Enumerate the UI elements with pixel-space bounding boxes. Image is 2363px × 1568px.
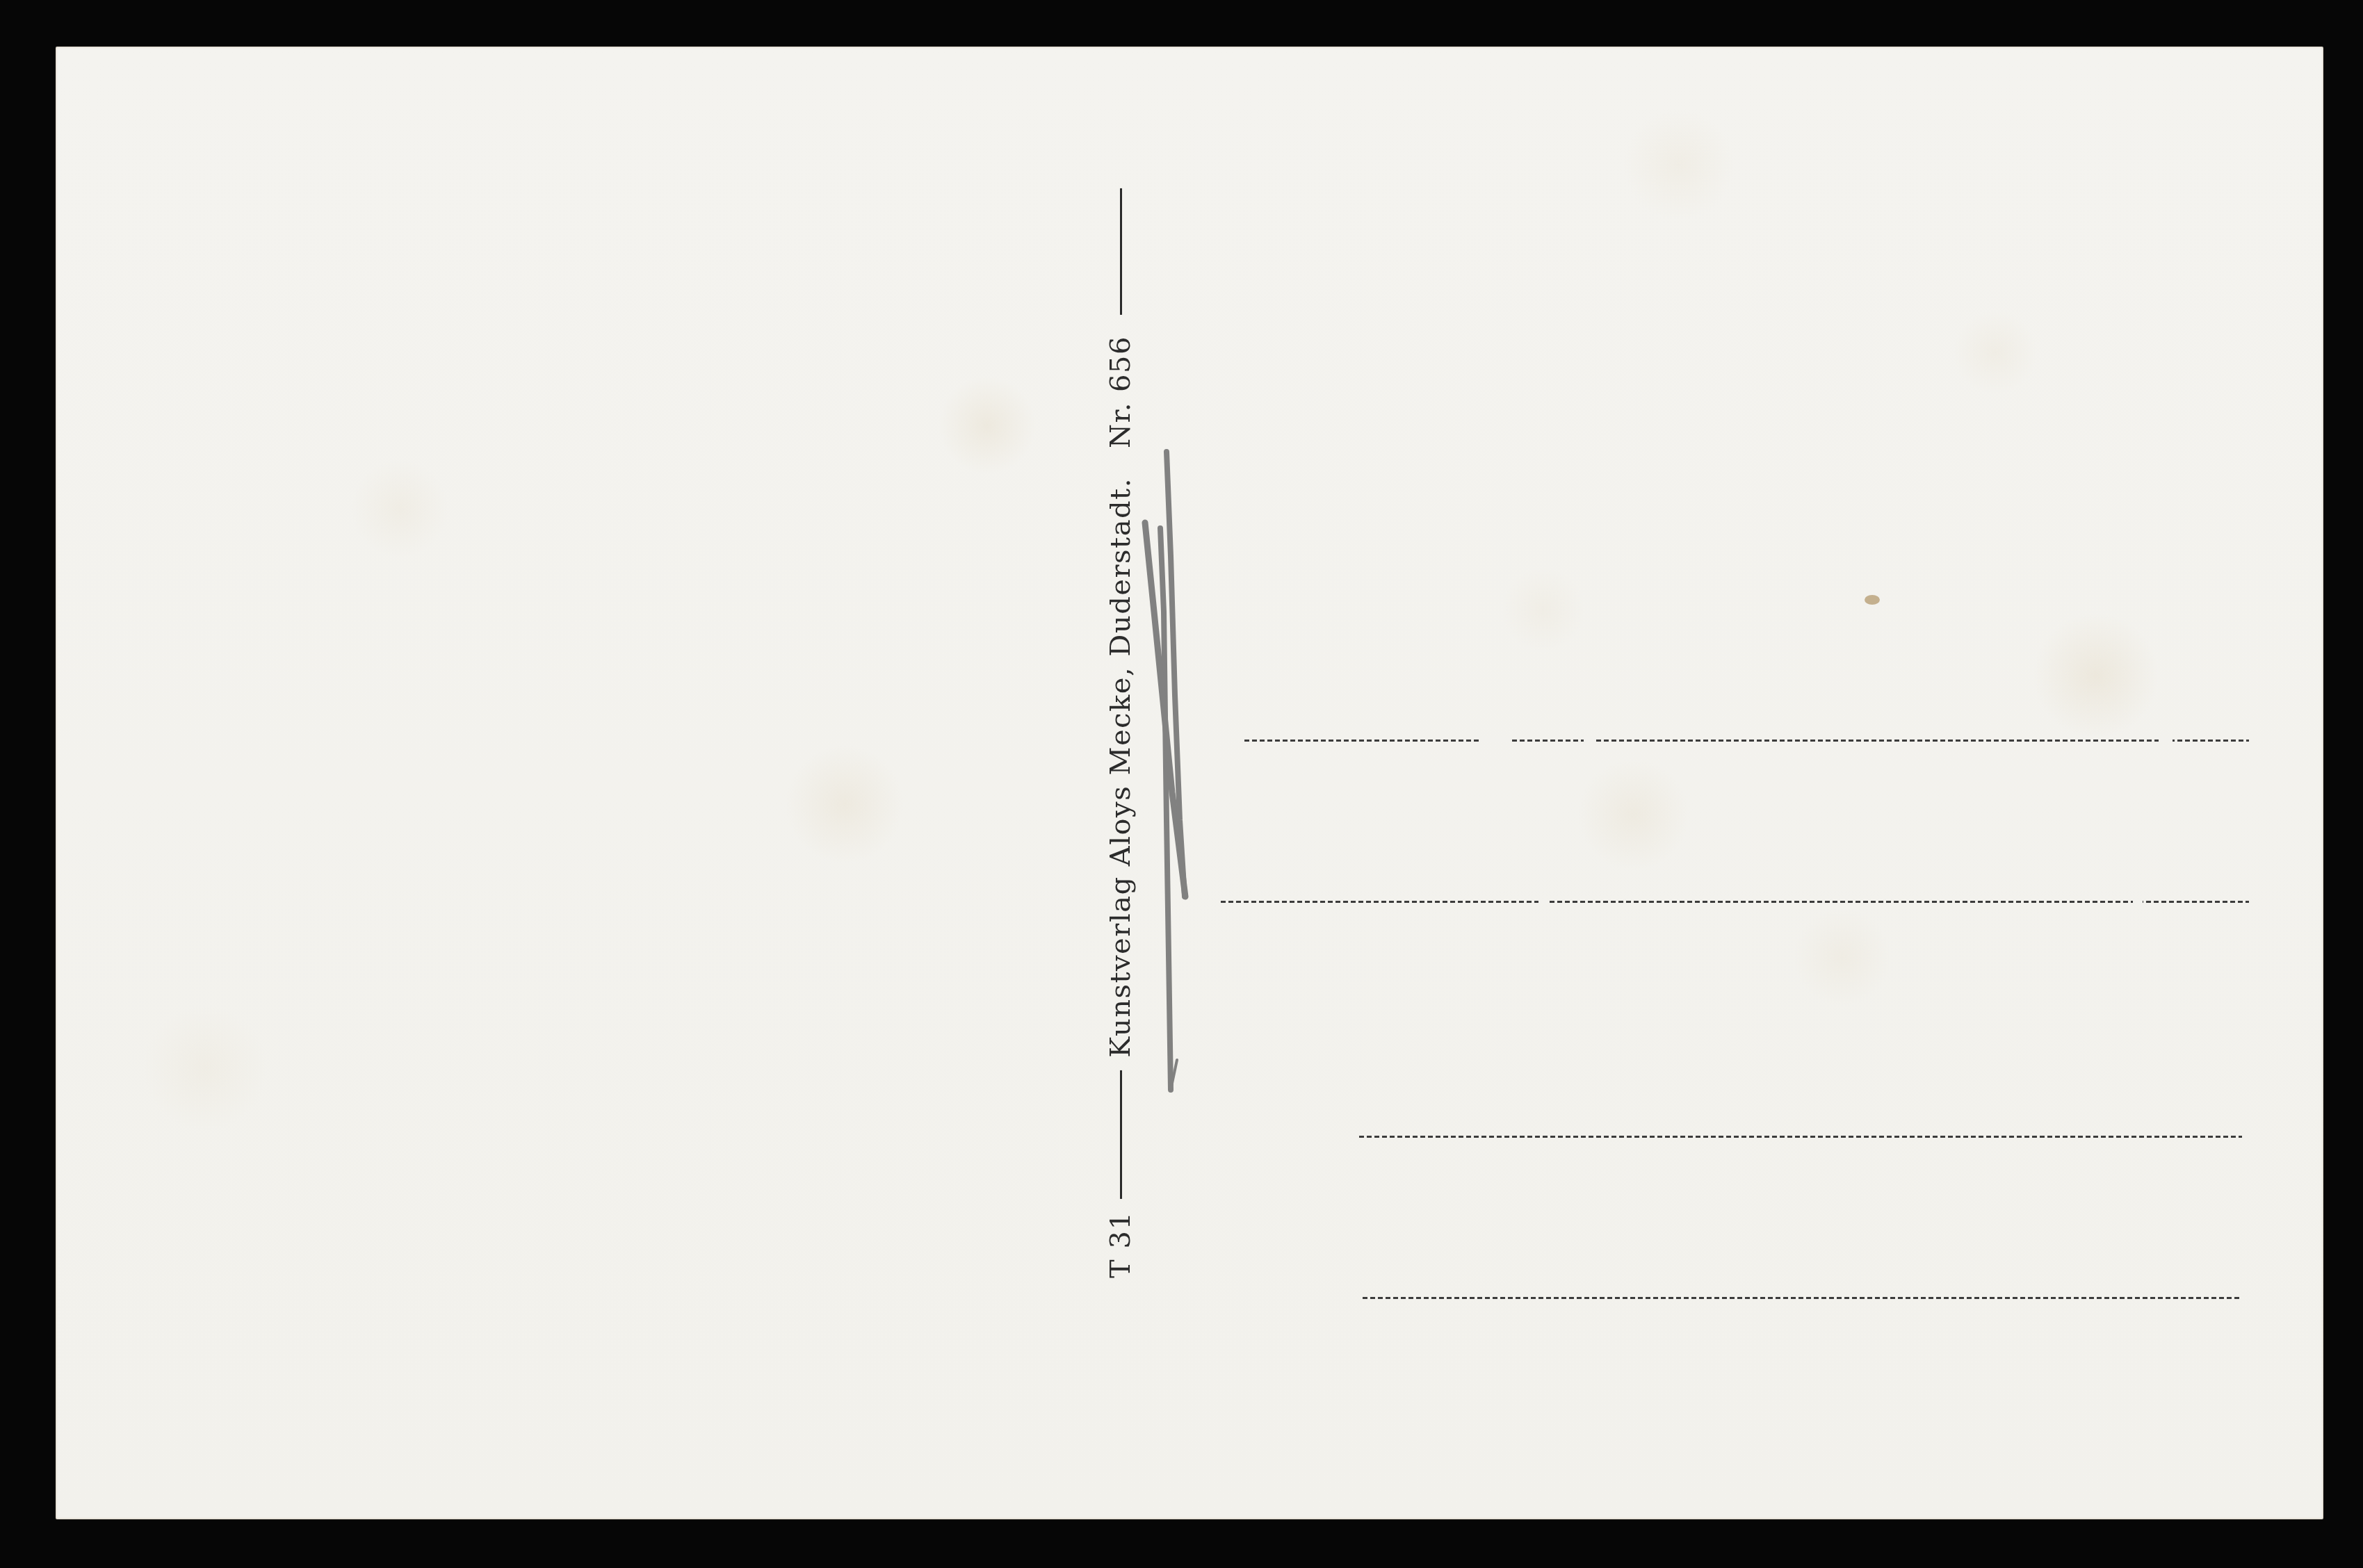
address-line-1-gap bbox=[1584, 738, 1596, 742]
address-line-2 bbox=[1221, 901, 2249, 903]
address-line-4 bbox=[1363, 1297, 2242, 1299]
scan-background: T 31 Kunstverlag Aloys Mecke, Duderstadt… bbox=[0, 0, 2363, 1568]
pencil-mark-icon bbox=[0, 0, 2363, 1568]
address-line-1-gap bbox=[2159, 738, 2173, 742]
address-line-1 bbox=[1244, 740, 2249, 742]
address-line-3 bbox=[1359, 1136, 2242, 1138]
address-line-1-gap bbox=[1481, 738, 1510, 742]
address-line-2-gap bbox=[2133, 899, 2143, 904]
address-line-2-gap bbox=[1538, 899, 1547, 904]
